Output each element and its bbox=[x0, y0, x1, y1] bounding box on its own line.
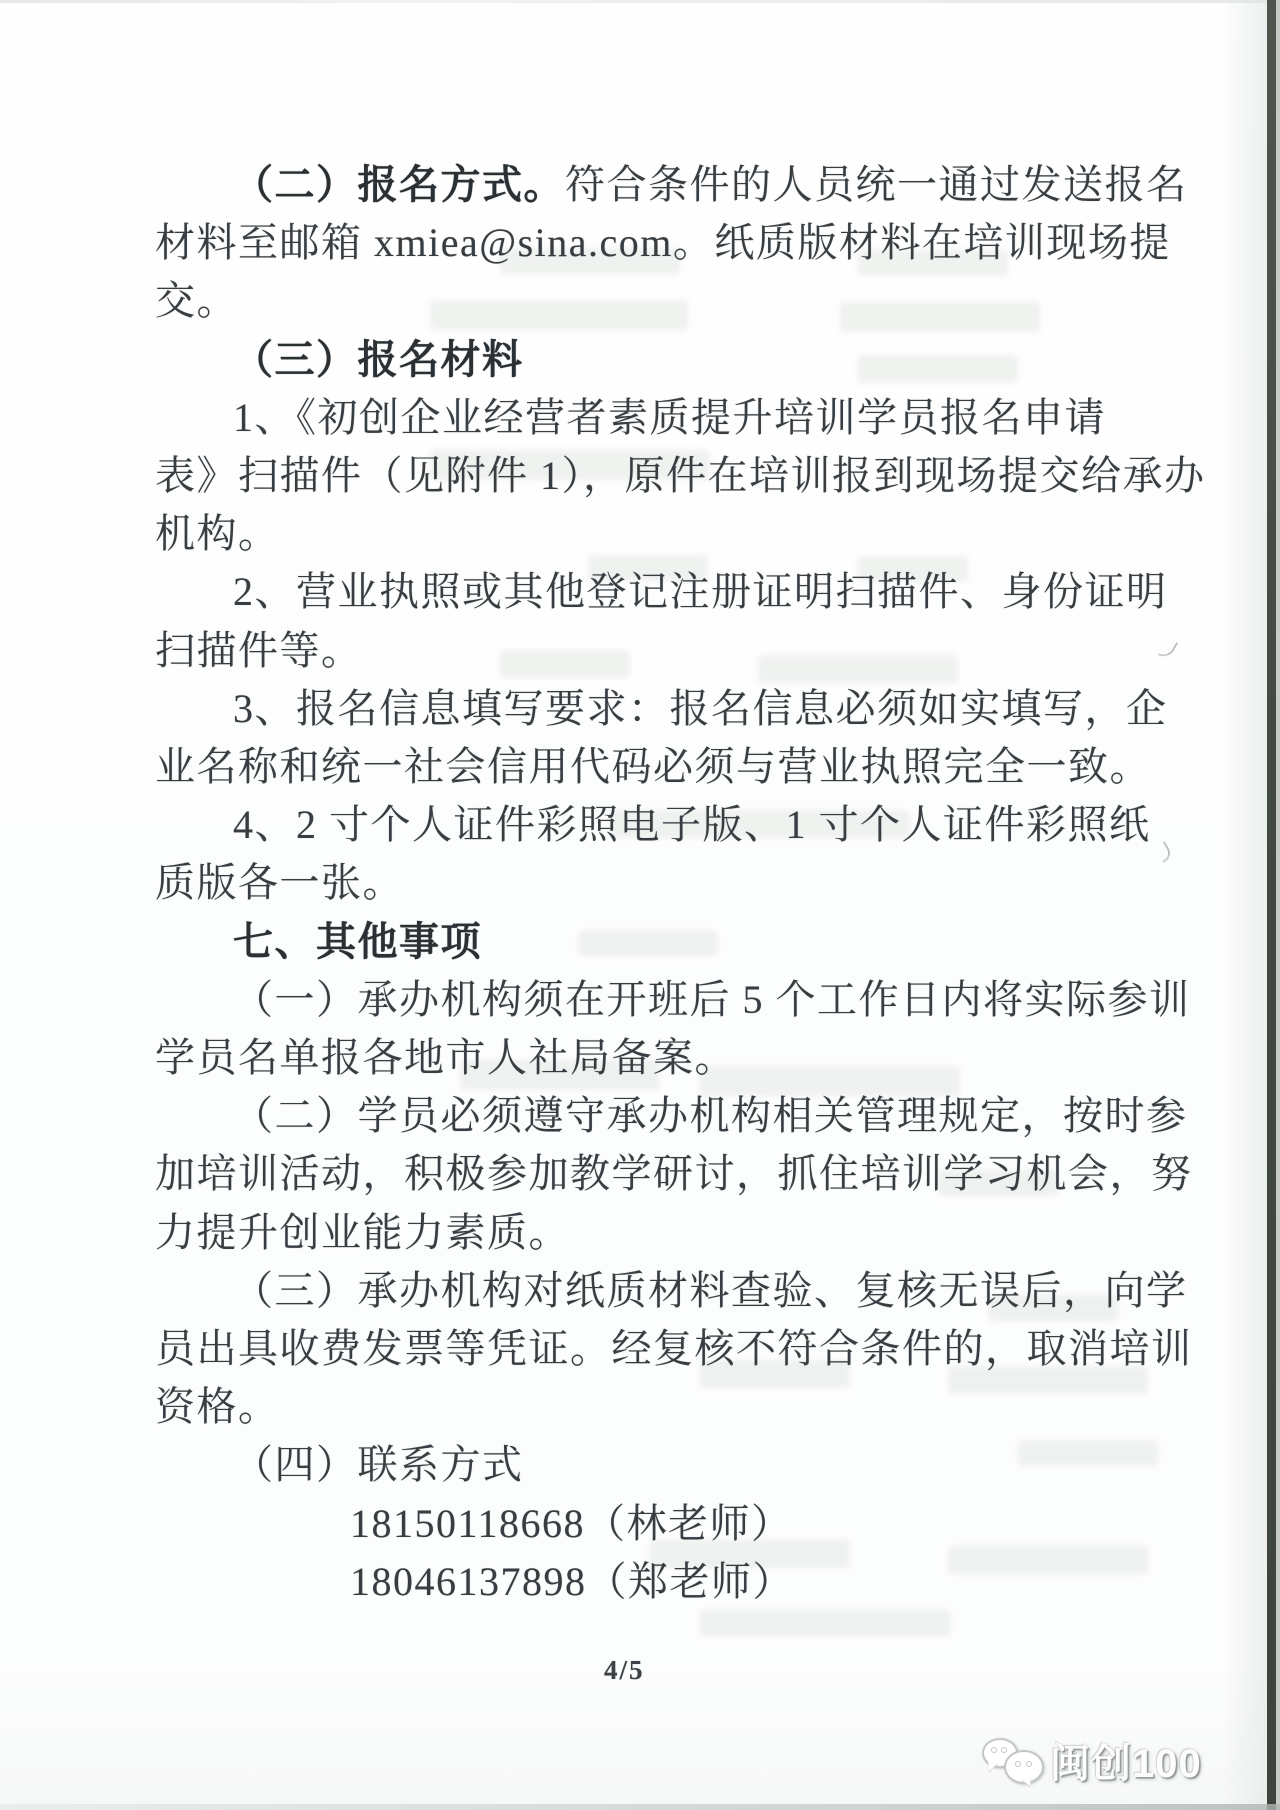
document-line: 扫描件等。 bbox=[155, 622, 1160, 680]
document-line: 1、《初创企业经营者素质提升培训学员报名申请 bbox=[155, 389, 1160, 447]
heading-segment: （三）报名材料 bbox=[233, 338, 524, 382]
document-line: 2、营业执照或其他登记注册证明扫描件、身份证明 bbox=[155, 563, 1160, 621]
document-line: （四）联系方式 bbox=[155, 1436, 1160, 1494]
text-segment: 资格。 bbox=[155, 1384, 280, 1429]
document-line: 表》扫描件（见附件 1），原件在培训报到现场提交给承办 bbox=[155, 447, 1160, 505]
document-line: （一）承办机构须在开班后 5 个工作日内将实际参训 bbox=[155, 971, 1160, 1029]
document-line: 质版各一张。 bbox=[155, 854, 1160, 912]
scan-border-right bbox=[1267, 0, 1276, 1810]
document-body: （二）报名方式。符合条件的人员统一通过发送报名材料至邮箱 xmiea@sina.… bbox=[155, 156, 1160, 1611]
document-line: 3、报名信息填写要求：报名信息必须如实填写，企 bbox=[155, 680, 1160, 738]
text-segment: 2、营业执照或其他登记注册证明扫描件、身份证明 bbox=[233, 569, 1168, 614]
text-segment: 1、《初创企业经营者素质提升培训学员报名申请 bbox=[233, 395, 1106, 440]
text-segment: （二）学员必须遵守承办机构相关管理规定，按时参 bbox=[233, 1093, 1188, 1138]
heading-segment: （二）报名方式。 bbox=[233, 163, 565, 207]
text-segment: （三）承办机构对纸质材料查验、复核无误后，向学 bbox=[233, 1268, 1188, 1313]
text-segment: （四）联系方式 bbox=[233, 1442, 524, 1487]
text-segment: 加培训活动，积极参加教学研讨，抓住培训学习机会，努 bbox=[155, 1151, 1193, 1196]
text-segment: 质版各一张。 bbox=[155, 860, 404, 905]
text-segment: 符合条件的人员统一通过发送报名 bbox=[565, 162, 1188, 207]
document-line: 18150118668（林老师） bbox=[155, 1495, 1160, 1553]
scan-edge-bottom bbox=[0, 1804, 1280, 1810]
text-segment: 18046137898（郑老师） bbox=[350, 1559, 794, 1604]
wechat-icon bbox=[982, 1736, 1042, 1786]
watermark-text: 闽创100 bbox=[1050, 1732, 1202, 1789]
document-line: 材料至邮箱 xmiea@sina.com。纸质版材料在培训现场提 bbox=[155, 214, 1160, 272]
document-line: 18046137898（郑老师） bbox=[155, 1553, 1160, 1611]
watermark: 闽创100 bbox=[982, 1732, 1202, 1789]
document-line: 学员名单报各地市人社局备案。 bbox=[155, 1029, 1160, 1087]
text-segment: 业名称和统一社会信用代码必须与营业执照完全一致。 bbox=[155, 744, 1151, 789]
document-line: （三）承办机构对纸质材料查验、复核无误后，向学 bbox=[155, 1262, 1160, 1320]
document-line: （二）学员必须遵守承办机构相关管理规定，按时参 bbox=[155, 1087, 1160, 1145]
text-segment: （一）承办机构须在开班后 5 个工作日内将实际参训 bbox=[233, 977, 1191, 1022]
text-segment: 学员名单报各地市人社局备案。 bbox=[155, 1035, 736, 1080]
document-line: 七、其他事项 bbox=[155, 913, 1160, 971]
text-segment: 材料至邮箱 xmiea@sina.com。纸质版材料在培训现场提 bbox=[155, 220, 1171, 265]
text-segment: 力提升创业能力素质。 bbox=[155, 1210, 570, 1255]
document-line: 4、2 寸个人证件彩照电子版、1 寸个人证件彩照纸 bbox=[155, 796, 1160, 854]
scanned-document-page: （二）报名方式。符合条件的人员统一通过发送报名材料至邮箱 xmiea@sina.… bbox=[0, 0, 1280, 1810]
document-line: 交。 bbox=[155, 272, 1160, 330]
document-line: 加培训活动，积极参加教学研讨，抓住培训学习机会，努 bbox=[155, 1145, 1160, 1203]
bleed-artifact bbox=[700, 1610, 950, 1636]
scan-edge-right bbox=[1276, 0, 1280, 1810]
text-segment: 机构。 bbox=[155, 511, 280, 556]
document-line: 机构。 bbox=[155, 505, 1160, 563]
scan-edge-top bbox=[0, 0, 1280, 3]
document-line: （三）报名材料 bbox=[155, 331, 1160, 389]
document-line: （二）报名方式。符合条件的人员统一通过发送报名 bbox=[155, 156, 1160, 214]
scan-shadow-right bbox=[1223, 0, 1267, 1810]
document-line: 员出具收费发票等凭证。经复核不符合条件的，取消培训 bbox=[155, 1320, 1160, 1378]
text-segment: 扫描件等。 bbox=[155, 628, 363, 673]
text-segment: 员出具收费发票等凭证。经复核不符合条件的，取消培训 bbox=[155, 1326, 1193, 1371]
text-segment: 18150118668（林老师） bbox=[350, 1501, 793, 1546]
text-segment: 交。 bbox=[155, 278, 238, 323]
document-line: 业名称和统一社会信用代码必须与营业执照完全一致。 bbox=[155, 738, 1160, 796]
page-number: 4/5 bbox=[604, 1655, 645, 1686]
document-line: 力提升创业能力素质。 bbox=[155, 1204, 1160, 1262]
text-segment: 表》扫描件（见附件 1），原件在培训报到现场提交给承办 bbox=[155, 453, 1206, 498]
heading-segment: 七、其他事项 bbox=[233, 920, 482, 964]
document-line: 资格。 bbox=[155, 1378, 1160, 1436]
text-segment: 3、报名信息填写要求：报名信息必须如实填写，企 bbox=[233, 686, 1168, 731]
pen-mark bbox=[1158, 639, 1179, 659]
text-segment: 4、2 寸个人证件彩照电子版、1 寸个人证件彩照纸 bbox=[233, 802, 1151, 847]
